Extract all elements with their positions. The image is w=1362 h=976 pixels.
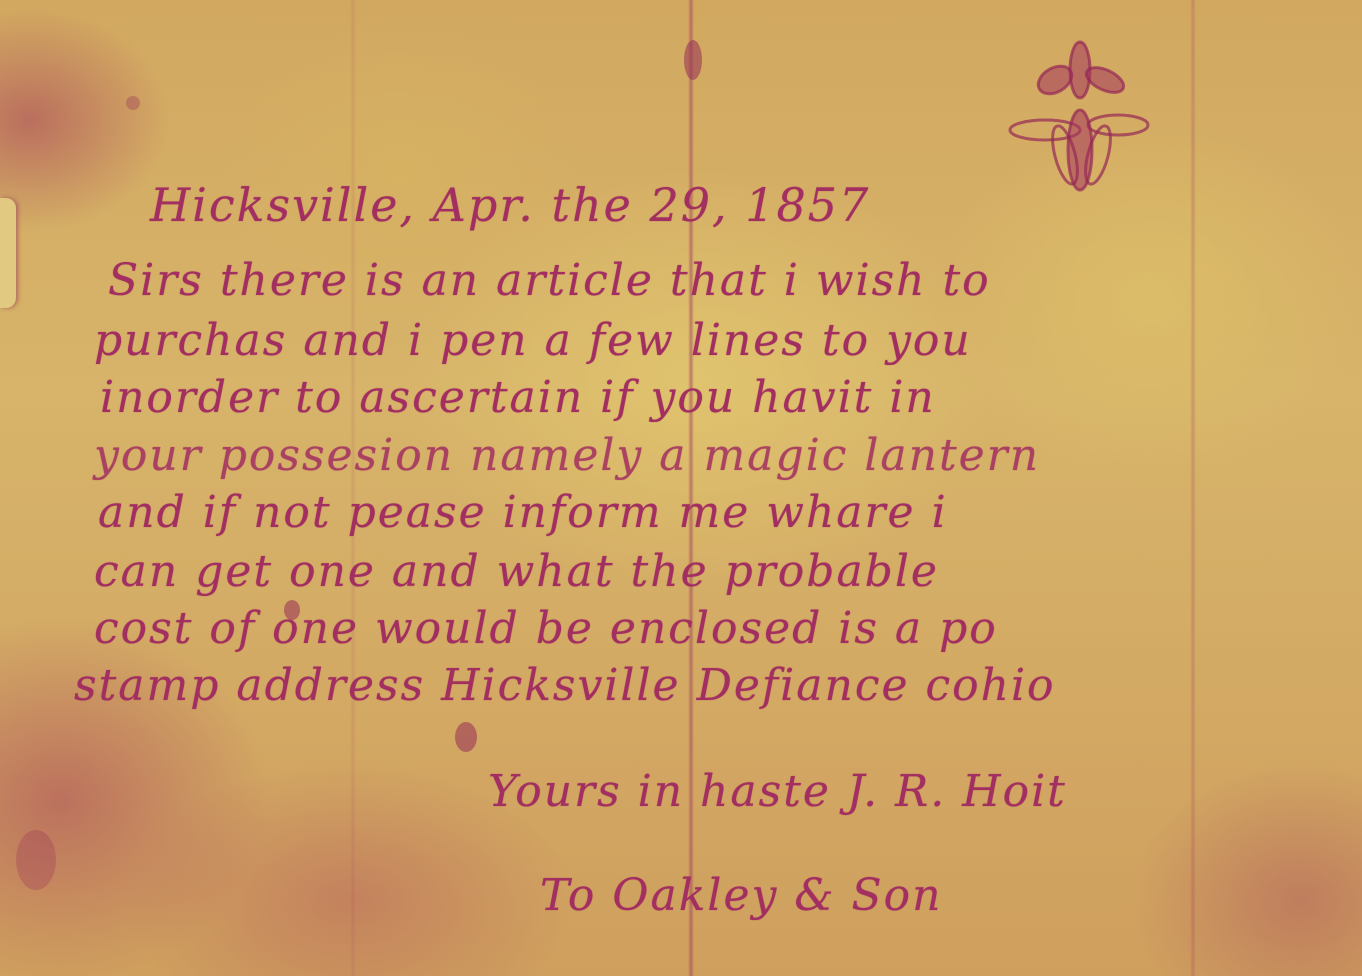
body-line: and if not pease inform me whare i <box>98 487 948 538</box>
closing-signature: Yours in haste J. R. Hoit <box>488 766 1067 817</box>
body-line: inorder to ascertain if you havit in <box>100 372 936 423</box>
body-line: can get one and what the probable <box>94 546 939 597</box>
body-line: stamp address Hicksville Defiance cohio <box>74 660 1056 711</box>
recipient-line: To Oakley & Son <box>540 870 942 921</box>
letter-paper: Hicksville, Apr. the 29, 1857 Sirs there… <box>0 0 1362 976</box>
body-line: cost of one would be enclosed is a po <box>94 603 998 654</box>
letter-text: Hicksville, Apr. the 29, 1857 Sirs there… <box>0 0 1362 976</box>
body-line: Sirs there is an article that i wish to <box>108 255 991 306</box>
body-line: purchas and i pen a few lines to you <box>94 315 972 366</box>
place-date-heading: Hicksville, Apr. the 29, 1857 <box>150 178 870 232</box>
body-line: your possesion namely a magic lantern <box>94 430 1040 481</box>
